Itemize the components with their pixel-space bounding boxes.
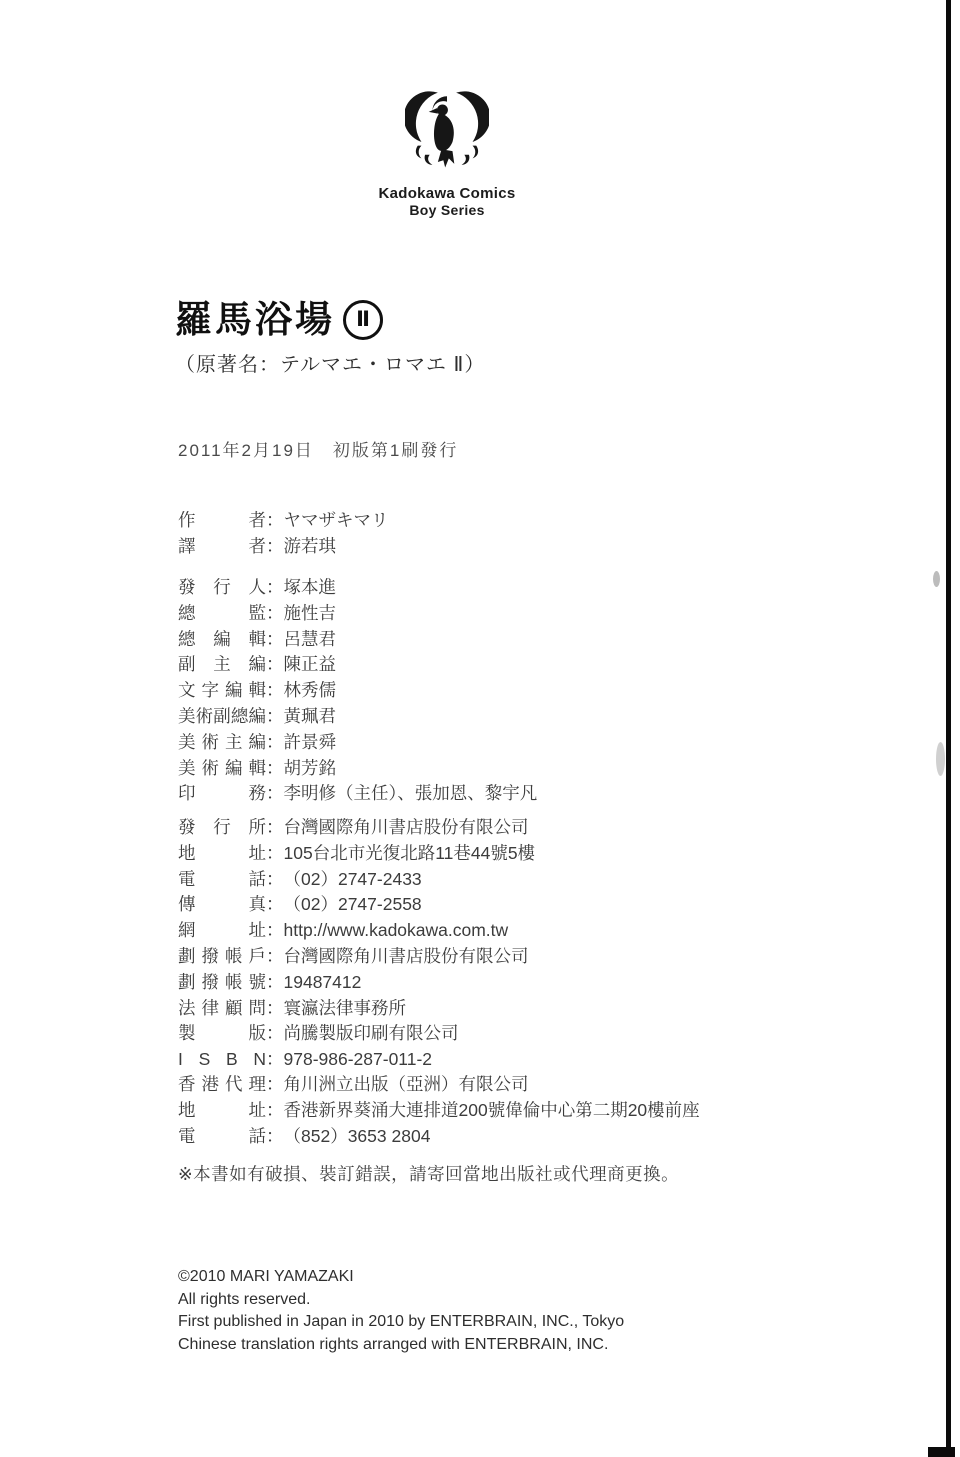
credit-row: 發行所：台灣國際角川書店股份有限公司 [178,815,535,841]
credit-value: ヤマザキマリ [284,508,389,534]
credit-row: 香港代理：角川洲立出版（亞洲）有限公司 [178,1072,700,1098]
credit-colon: ： [266,730,284,756]
credit-label: 傳真 [178,892,266,918]
credit-row: 副主編：陳正益 [178,652,537,678]
credit-label: 製版 [178,1021,266,1047]
credit-row: 印務：李明修（主任）、張加恩、黎宇凡 [178,781,537,807]
credit-label: 地址 [178,1098,266,1124]
copyright-line: Chinese translation rights arranged with… [178,1334,624,1357]
credit-row: 傳真：（02）2747-2558 [178,892,535,918]
credit-row: 電話：（852）3653 2804 [178,1124,700,1150]
credit-row: 美術副總編：黃珮君 [178,704,537,730]
credit-label: 網址 [178,918,266,944]
kadokawa-phoenix-logo-icon [405,84,489,183]
credit-row: 發行人：塚本進 [178,575,537,601]
credit-row: 劃撥帳號：19487412 [178,970,535,996]
credit-value: 台灣國際角川書店股份有限公司 [284,815,529,841]
copyright-line: First published in Japan in 2010 by ENTE… [178,1311,624,1334]
credit-label: ISBN [178,1047,266,1073]
credit-label: 文字編輯 [178,678,266,704]
credit-row: 美術編輯：胡芳銘 [178,756,537,782]
damage-notice: ※本書如有破損、裝訂錯誤，請寄回當地出版社或代理商更換。 [178,1161,679,1186]
credit-value: （852）3653 2804 [284,1124,431,1150]
credit-label: 美術副總編 [178,704,266,730]
credit-value: 李明修（主任）、張加恩、黎宇凡 [284,781,538,807]
book-title-text: 羅馬浴場 [175,299,335,341]
staff-credits: 發行人：塚本進總監：施性吉總編輯：呂慧君副主編：陳正益文字編輯：林秀儒美術副總編… [178,575,537,807]
colophon-page: Kadokawa Comics Boy Series 羅馬浴場 Ⅱ （原著名：テ… [0,0,960,1457]
credit-value: 林秀儒 [284,678,337,704]
credit-label: 美術編輯 [178,756,266,782]
credit-row: 地址：香港新界葵涌大連排道200號偉倫中心第二期20樓前座 [178,1098,700,1124]
credit-label: 劃撥帳號 [178,970,266,996]
credit-label: 地址 [178,841,266,867]
credit-colon: ： [266,867,284,893]
credit-row: 作者：ヤマザキマリ [178,508,389,534]
credit-value: 呂慧君 [284,627,337,653]
credit-row: 法律顧問：寰瀛法律事務所 [178,996,535,1022]
credit-label: 劃撥帳戶 [178,944,266,970]
credit-colon: ： [266,652,284,678]
credit-label: 電話 [178,867,266,893]
credit-colon: ： [266,815,284,841]
scan-smudge [933,571,940,587]
credit-label: 電話 [178,1124,266,1150]
credit-colon: ： [266,892,284,918]
credit-row: 地址：105台北市光復北路11巷44號5樓 [178,841,535,867]
credit-label: 香港代理 [178,1072,266,1098]
credit-label: 譯者 [178,534,266,560]
credit-value: （02）2747-2433 [284,867,422,893]
credit-colon: ： [266,944,284,970]
credit-colon: ： [266,534,284,560]
credit-colon: ： [266,1124,284,1150]
credit-row: ISBN：978-986-287-011-2 [178,1047,535,1073]
credit-row: 文字編輯：林秀儒 [178,678,537,704]
credit-value: 19487412 [284,970,362,996]
credit-colon: ： [266,918,284,944]
credit-value: 胡芳銘 [284,756,337,782]
credit-label: 發行人 [178,575,266,601]
credit-label: 總監 [178,601,266,627]
credit-colon: ： [266,1098,284,1124]
author-credits: 作者：ヤマザキマリ譯者：游若琪 [178,508,389,560]
credit-colon: ： [266,756,284,782]
credit-row: 製版：尚騰製版印刷有限公司 [178,1021,535,1047]
credit-label: 副主編 [178,652,266,678]
credit-colon: ： [266,575,284,601]
credit-row: 總編輯：呂慧君 [178,627,537,653]
credit-row: 電話：（02）2747-2433 [178,867,535,893]
credit-value: 978-986-287-011-2 [284,1047,433,1073]
credit-colon: ： [266,508,284,534]
hk-agent-credits: 香港代理：角川洲立出版（亞洲）有限公司地址：香港新界葵涌大連排道200號偉倫中心… [178,1072,700,1149]
credit-label: 印務 [178,781,266,807]
credit-colon: ： [266,601,284,627]
credit-value: 游若琪 [284,534,337,560]
credit-row: 總監：施性吉 [178,601,537,627]
copyright-line: All rights reserved. [178,1289,624,1312]
credit-colon: ： [266,1072,284,1098]
logo-series-line2: Boy Series [327,202,567,219]
page-corner-mark [928,1447,955,1457]
credit-label: 總編輯 [178,627,266,653]
book-title: 羅馬浴場 Ⅱ [175,299,485,341]
credit-colon: ： [266,704,284,730]
credit-colon: ： [266,627,284,653]
credit-colon: ： [266,970,284,996]
credit-row: 網址：http://www.kadokawa.com.tw [178,918,535,944]
credit-value: 寰瀛法律事務所 [284,996,407,1022]
publisher-credits: 發行所：台灣國際角川書店股份有限公司地址：105台北市光復北路11巷44號5樓電… [178,815,535,1073]
copyright-block: ©2010 MARI YAMAZAKIAll rights reserved.F… [178,1266,624,1356]
original-title-note: （原著名：テルマエ・ロマエ Ⅱ） [175,348,485,377]
credit-value: 陳正益 [284,652,337,678]
credit-colon: ： [266,1047,284,1073]
credit-colon: ： [266,678,284,704]
logo-series-line1: Kadokawa Comics [327,185,567,202]
credit-label: 發行所 [178,815,266,841]
credit-row: 譯者：游若琪 [178,534,389,560]
credit-value: 香港新界葵涌大連排道200號偉倫中心第二期20樓前座 [284,1098,700,1124]
title-block: 羅馬浴場 Ⅱ （原著名：テルマエ・ロマエ Ⅱ） [175,299,485,377]
publisher-logo-block: Kadokawa Comics Boy Series [327,84,567,219]
credit-label: 法律顧問 [178,996,266,1022]
credit-value: （02）2747-2558 [284,892,422,918]
credit-value: http://www.kadokawa.com.tw [284,918,509,944]
credit-colon: ： [266,781,284,807]
logo-series-text: Kadokawa Comics Boy Series [327,185,567,219]
credit-value: 塚本進 [284,575,337,601]
credit-row: 劃撥帳戶：台灣國際角川書店股份有限公司 [178,944,535,970]
credit-value: 黃珮君 [284,704,337,730]
credit-colon: ： [266,1021,284,1047]
credit-value: 尚騰製版印刷有限公司 [284,1021,459,1047]
credit-row: 美術主編：許景舜 [178,730,537,756]
credit-value: 角川洲立出版（亞洲）有限公司 [284,1072,529,1098]
credit-label: 作者 [178,508,266,534]
credit-value: 台灣國際角川書店股份有限公司 [284,944,529,970]
credit-colon: ： [266,841,284,867]
credit-colon: ： [266,996,284,1022]
edition-line: 2011年2月19日 初版第1刷發行 [178,436,458,461]
page-edge-line [946,0,951,1457]
credit-label: 美術主編 [178,730,266,756]
volume-badge: Ⅱ [343,300,383,340]
credit-value: 許景舜 [284,730,337,756]
copyright-line: ©2010 MARI YAMAZAKI [178,1266,624,1289]
credit-value: 105台北市光復北路11巷44號5樓 [284,841,536,867]
scan-smudge [936,742,945,776]
credit-value: 施性吉 [284,601,337,627]
